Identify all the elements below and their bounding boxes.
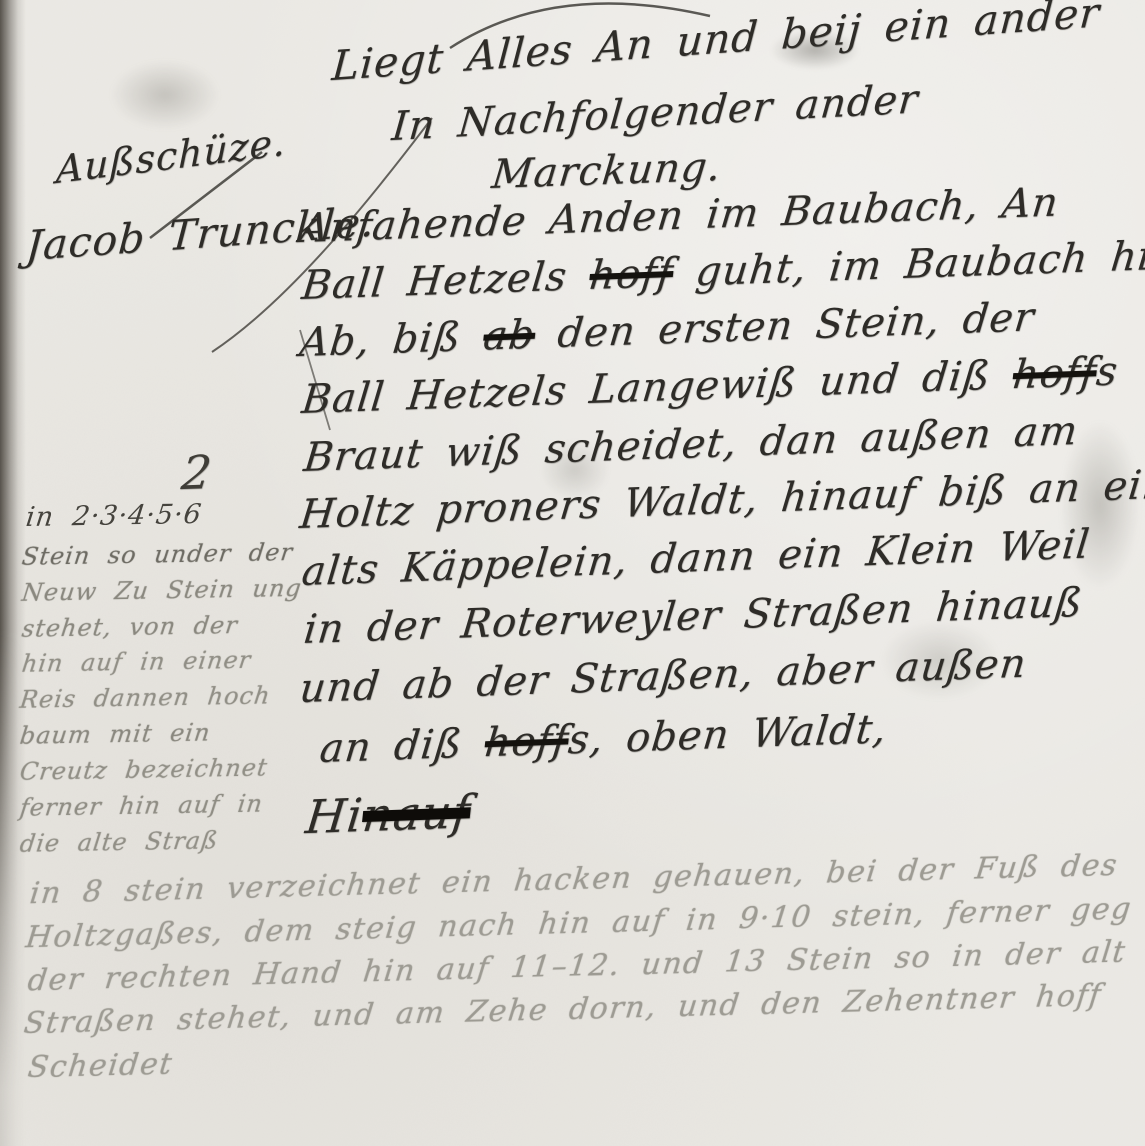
- side-note-line: hin auf in einer: [20, 646, 253, 678]
- body-text: an diß: [318, 720, 488, 772]
- body-text: s, oben Waldt,: [566, 706, 889, 763]
- side-note-line: Neuw Zu Stein ung: [20, 574, 303, 607]
- side-note-line: in 2·3·4·5·6: [24, 499, 204, 533]
- struck-word: nauf: [360, 784, 473, 842]
- side-note-figure: 2: [179, 445, 215, 500]
- body-line: an diß hoffs, oben Waldt,: [318, 706, 890, 772]
- side-note-line: stehet, von der: [20, 611, 239, 643]
- struck-word: hoff: [1011, 349, 1099, 398]
- ink-smudge: [110, 60, 220, 130]
- footer-note-line: Scheidet: [26, 1046, 175, 1085]
- body-text: Ball Hetzels: [300, 253, 593, 309]
- body-text: Hi: [303, 788, 365, 844]
- page-binding-edge: [0, 0, 26, 1146]
- body-text: Ab, biß: [298, 313, 487, 366]
- body-text: Ball Hetzels Langewiß und diß: [300, 352, 1016, 423]
- side-note-line: Creutz bezeichnet: [18, 754, 269, 786]
- side-note-line: ferner hin auf in: [18, 790, 264, 822]
- body-line: und ab der Straßen, aber außen: [298, 641, 1029, 713]
- body-text: s: [1094, 348, 1120, 395]
- body-text: den ersten Stein, der: [533, 294, 1037, 358]
- body-line: Hinauf: [303, 784, 473, 844]
- header-line: Liegt Alles An und beij ein ander: [330, 0, 1101, 90]
- header-line: Marckung.: [490, 144, 724, 198]
- side-note-line: Reis dannen hoch: [18, 682, 272, 714]
- struck-word: hoff: [483, 717, 571, 766]
- body-text: guht, im Baubach hin,: [671, 232, 1145, 296]
- side-note-line: Stein so under der: [20, 538, 294, 571]
- body-text: und ab der Straßen, aber außen: [298, 641, 1029, 713]
- margin-label: Außschüze.: [56, 120, 287, 193]
- header-line: In Nachfolgender ander: [390, 76, 920, 150]
- struck-word: hoff: [587, 250, 675, 299]
- manuscript-page: Liegt Alles An und beij ein ander In Nac…: [0, 0, 1145, 1146]
- side-note-line: die alte Straß: [18, 827, 220, 859]
- struck-word: ab: [481, 312, 537, 360]
- side-note-line: baum mit ein: [18, 719, 212, 750]
